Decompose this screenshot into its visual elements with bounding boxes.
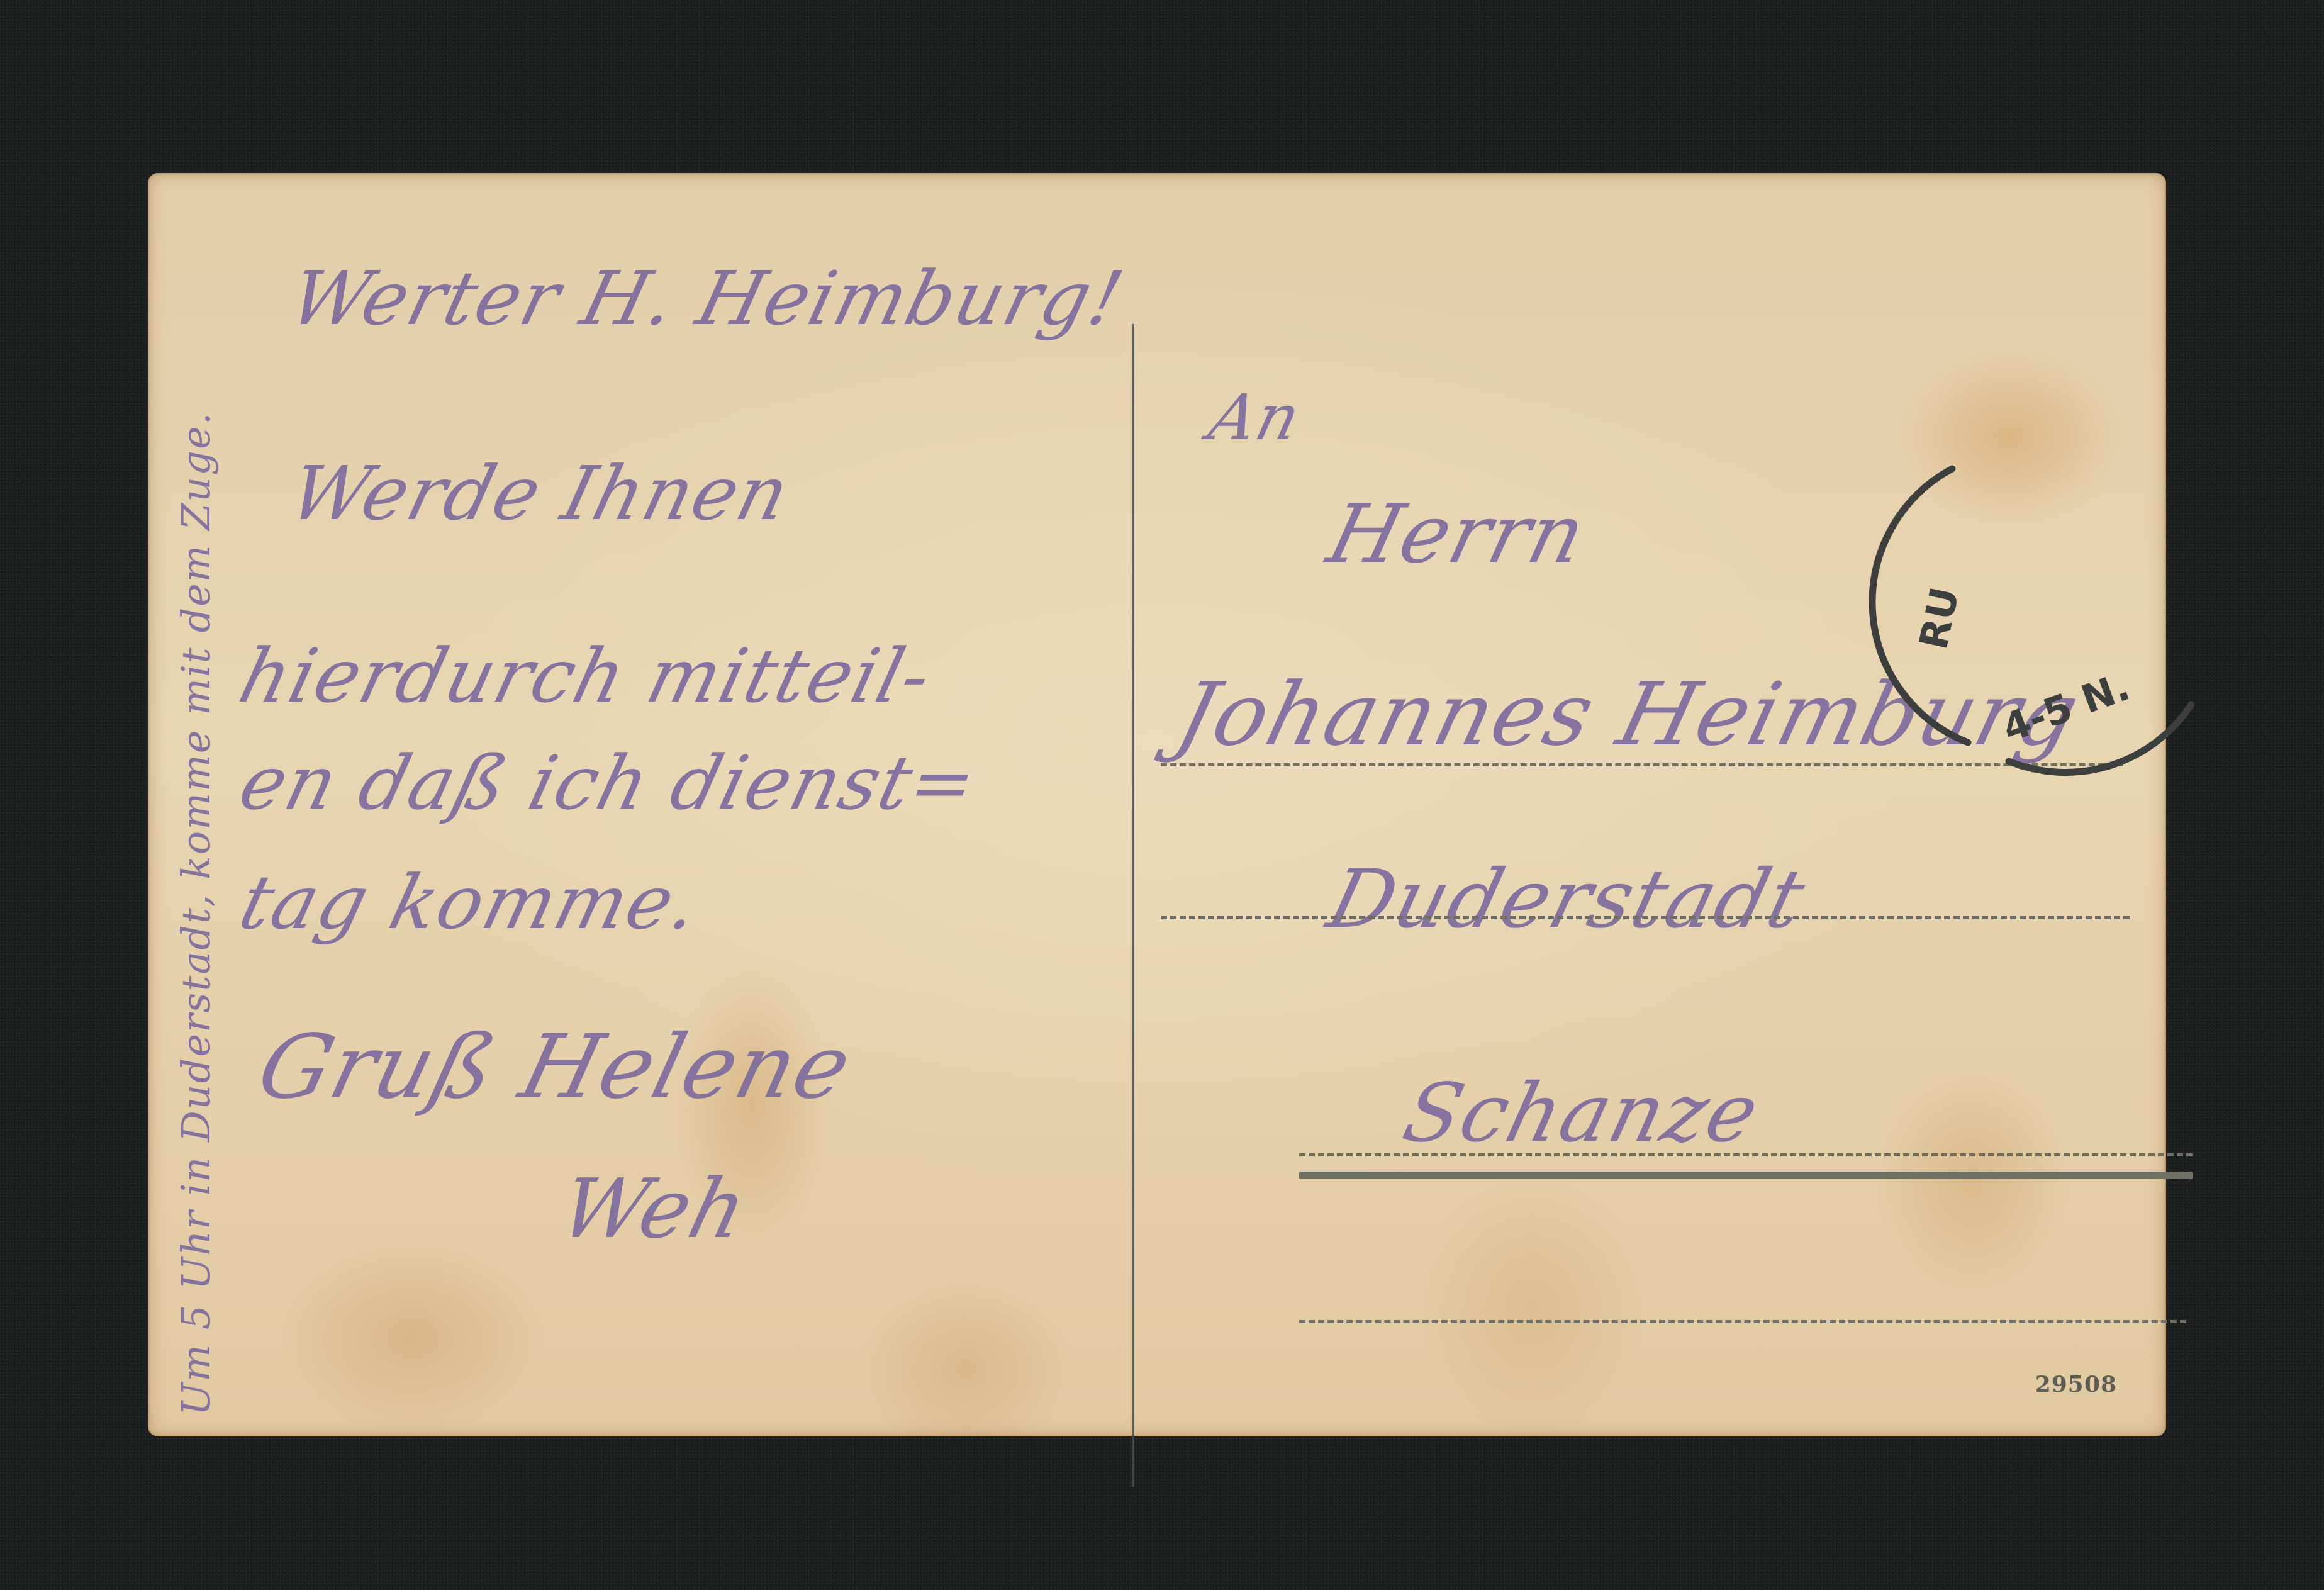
- address-city: Duderstadt: [1319, 853, 1814, 946]
- svg-text:RU: RU: [1910, 583, 1968, 653]
- message-line: hierdurch mitteil-: [232, 632, 941, 719]
- address-line-3: [1299, 1153, 2193, 1156]
- address-underline: [1299, 1172, 2193, 1179]
- message-line: Werter H. Heimburg!: [282, 255, 1133, 342]
- address-title: Herrn: [1319, 488, 1595, 581]
- postcard: Werter H. Heimburg! Werde Ihnen hierdurc…: [148, 173, 2166, 1436]
- address-street: Schanze: [1394, 1067, 1768, 1160]
- center-divider: [1132, 324, 1134, 1487]
- address-line-2: [1161, 916, 2130, 919]
- svg-text:4-5 N.: 4-5 N.: [1996, 663, 2135, 751]
- address-salutation: An: [1202, 381, 1309, 454]
- postmark-ring-icon: RU 4-5 N.: [1896, 462, 2223, 777]
- side-note: Um 5 Uhr in Duderstadt, komme mit dem Zu…: [173, 411, 219, 1416]
- signature-surname: Weh: [551, 1161, 757, 1257]
- message-line: en daß ich dienst=: [232, 739, 986, 826]
- address-line-4: [1299, 1320, 2186, 1323]
- message-line: Werde Ihnen: [282, 450, 799, 537]
- signature-greeting: Gruß Helene: [249, 1016, 862, 1119]
- postmark: RU 4-5 N.: [1896, 462, 2223, 777]
- print-number: 29508: [2035, 1371, 2117, 1397]
- message-line: tag komme.: [232, 859, 709, 946]
